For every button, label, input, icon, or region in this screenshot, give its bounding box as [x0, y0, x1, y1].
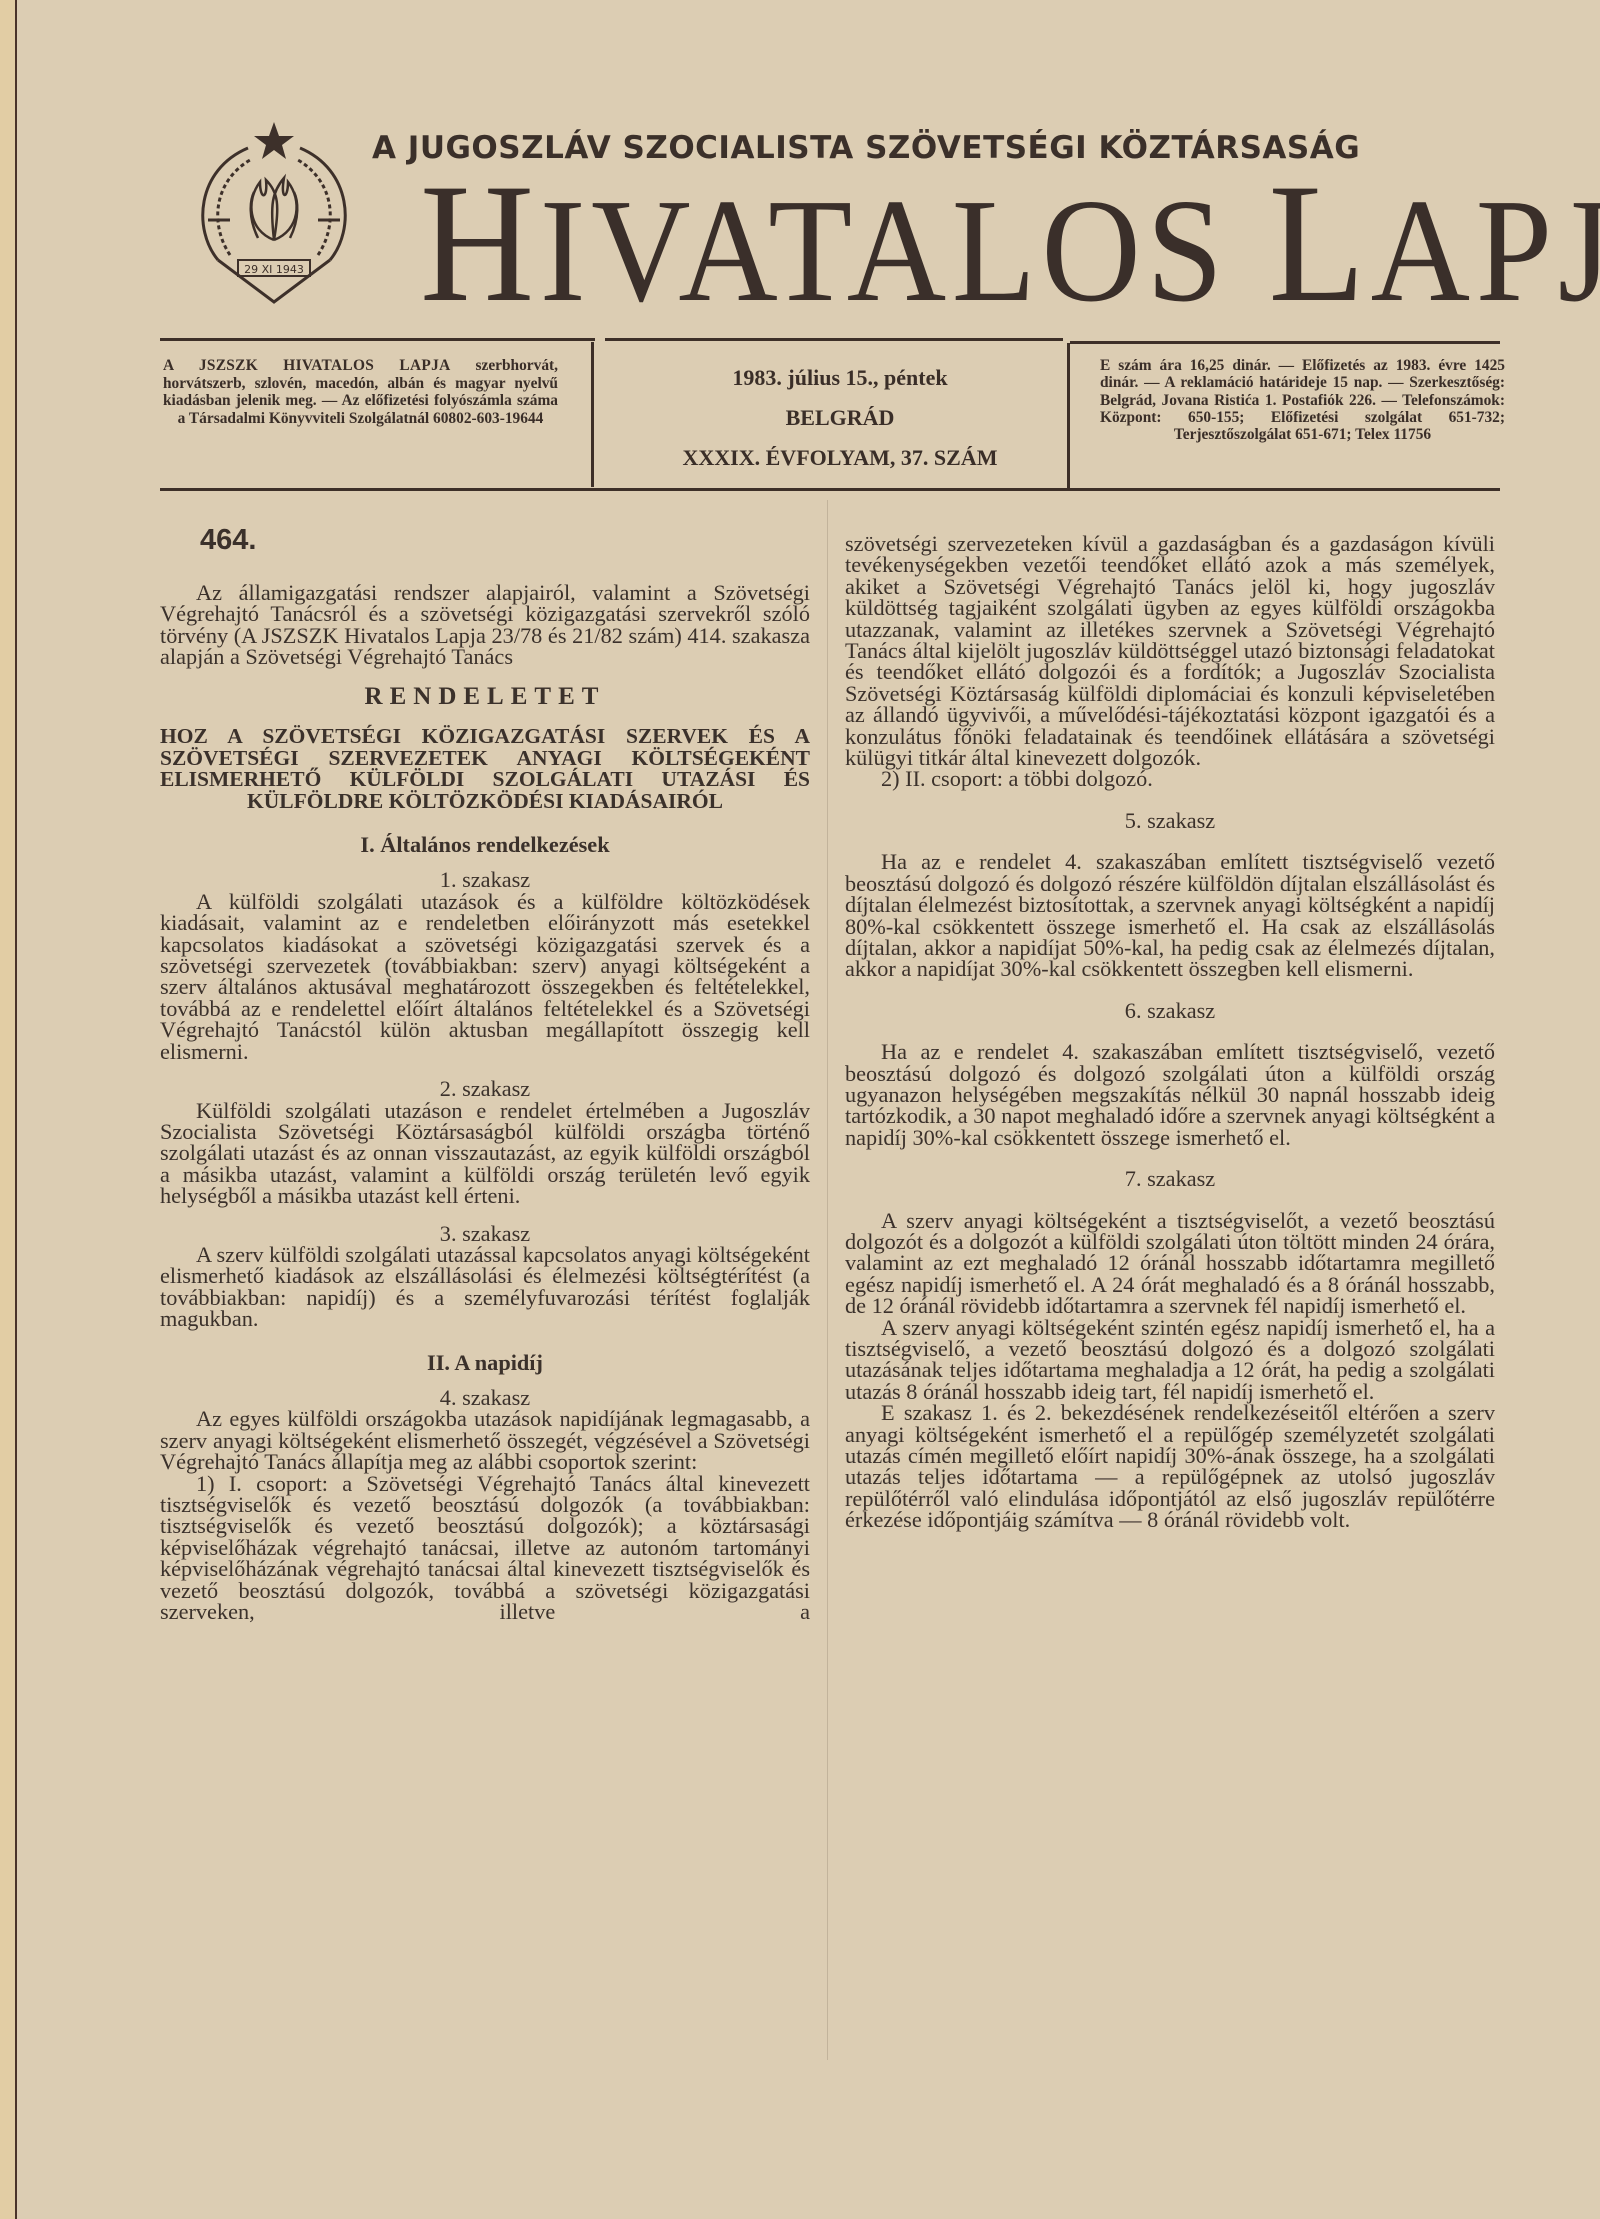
chapter-heading: I. Általános rendelkezések [160, 834, 810, 855]
issue-info: 1983. július 15., péntek BELGRÁD XXXIX. … [620, 358, 1060, 478]
issue-date: 1983. július 15., péntek [620, 358, 1060, 398]
header-top-rule [605, 338, 1063, 341]
section-title: 5. szakasz [845, 810, 1495, 831]
page-edge [0, 0, 15, 2219]
section-title: 4. szakasz [160, 1387, 810, 1408]
language-info: A JSZSZK HIVATALOS LAPJA szerbhorvát, ho… [163, 357, 558, 427]
section-title: 1. szakasz [160, 869, 810, 890]
section-text: A szerv anyagi költségeként a tisztségvi… [845, 1210, 1495, 1317]
header-top-rule [160, 338, 595, 341]
price-contact-info: E szám ára 16,25 dinár. — Előfizetés az … [1100, 357, 1505, 443]
decree-heading: RENDELETET [160, 686, 810, 707]
section-title: 7. szakasz [845, 1168, 1495, 1189]
list-item: 1) I. csoport: a Szövetségi Végrehajtó T… [160, 1473, 810, 1623]
svg-text:29 XI 1943: 29 XI 1943 [244, 263, 304, 276]
section-text: Az egyes külföldi országokba utazások na… [160, 1408, 810, 1472]
list-item: 2) II. csoport: a többi dolgozó. [845, 768, 1495, 789]
decree-title: HOZ A SZÖVETSÉGI KÖZIGAZGATÁSI SZERVEK É… [160, 726, 810, 812]
binding-rule [15, 0, 17, 2219]
left-column: 464. Az államigazgatási rendszer alapjai… [160, 525, 810, 1622]
header-divider [591, 342, 594, 487]
section-title: 3. szakasz [160, 1223, 810, 1244]
section-text: A külföldi szolgálati utazások és a külf… [160, 891, 810, 1062]
section-text: E szakasz 1. és 2. bekezdésének rendelke… [845, 1402, 1495, 1530]
section-title: 6. szakasz [845, 1000, 1495, 1021]
section-text: Ha az e rendelet 4. szakaszában említett… [845, 851, 1495, 979]
chapter-heading: II. A napidíj [160, 1352, 810, 1373]
section-text: A szerv külföldi szolgálati utazással ka… [160, 1244, 810, 1330]
state-emblem-icon: 29 XI 1943 [188, 120, 360, 310]
issue-city: BELGRÁD [620, 398, 1060, 438]
document-number: 464. [200, 525, 810, 555]
section-text: A szerv anyagi költségeként szintén egés… [845, 1317, 1495, 1403]
column-divider [827, 500, 828, 2060]
section-text: Ha az e rendelet 4. szakaszában említett… [845, 1041, 1495, 1148]
preamble: Az államigazgatási rendszer alapjairól, … [160, 582, 810, 668]
list-item-continued: szövetségi szervezeteken kívül a gazdasá… [845, 533, 1495, 768]
section-title: 2. szakasz [160, 1078, 810, 1099]
header-top-rule [1070, 341, 1500, 344]
header-bottom-rule [160, 488, 1500, 491]
right-column: szövetségi szervezeteken kívül a gazdasá… [845, 533, 1495, 1531]
issue-volume: XXXIX. ÉVFOLYAM, 37. SZÁM [620, 438, 1060, 478]
newspaper-title: HIVATALOS LAPJA [420, 168, 1424, 326]
header-divider [1067, 343, 1070, 488]
section-text: Külföldi szolgálati utazáson e rendelet … [160, 1100, 810, 1207]
